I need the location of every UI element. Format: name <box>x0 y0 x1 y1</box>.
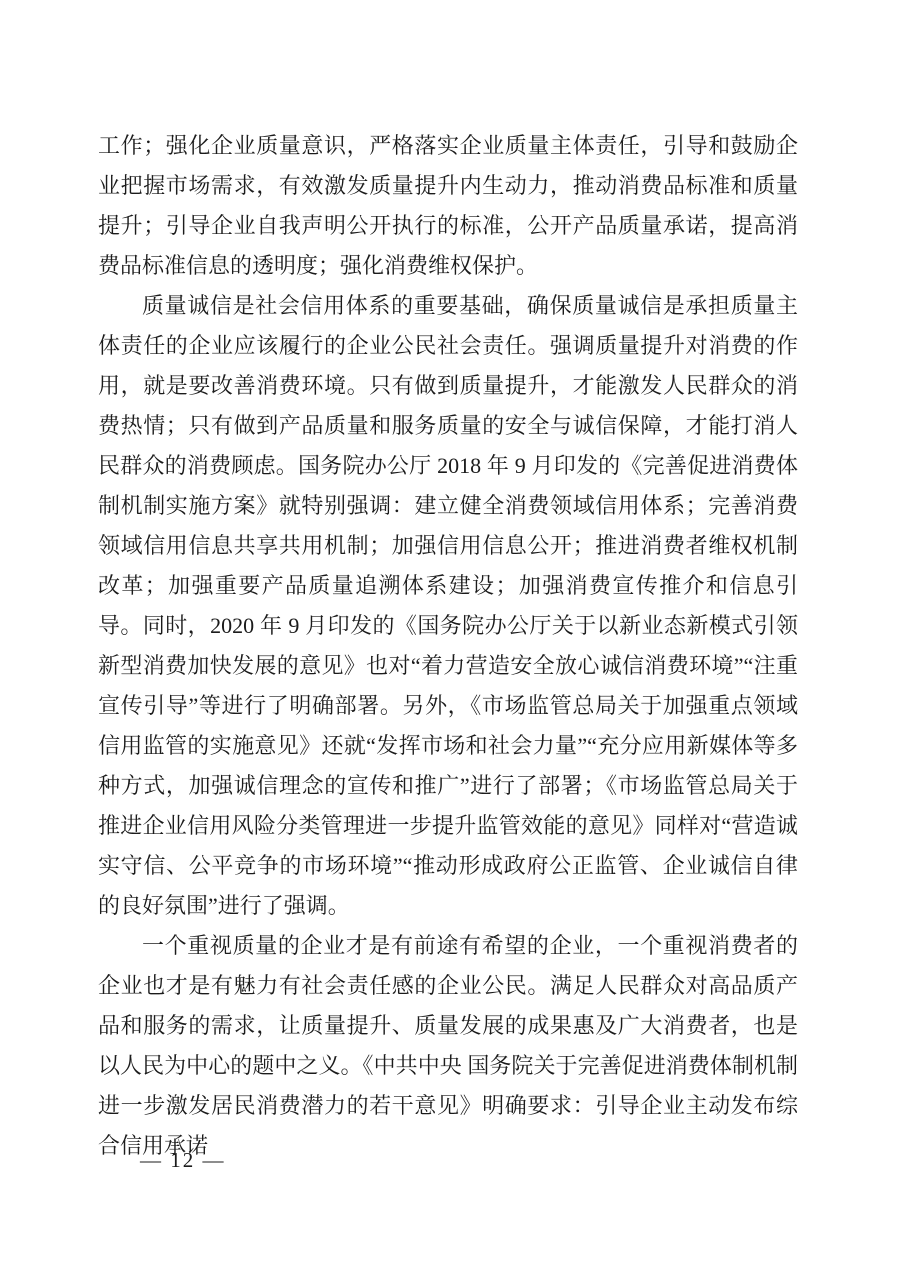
paragraph-enterprise-value: 一个重视质量的企业才是有前途有希望的企业，一个重视消费者的企业也才是有魅力有社会… <box>98 926 798 1166</box>
paragraph-continuation: 工作；强化企业质量意识，严格落实企业质量主体责任，引导和鼓励企业把握市场需求，有… <box>98 126 798 286</box>
paragraph-quality-integrity: 质量诚信是社会信用体系的重要基础，确保质量诚信是承担质量主体责任的企业应该履行的… <box>98 286 798 926</box>
page-number: — 12 — <box>140 1146 226 1174</box>
page-body-text: 工作；强化企业质量意识，严格落实企业质量主体责任，引导和鼓励企业把握市场需求，有… <box>98 126 798 1166</box>
document-page: 工作；强化企业质量意识，严格落实企业质量主体责任，引导和鼓励企业把握市场需求，有… <box>0 0 900 1273</box>
